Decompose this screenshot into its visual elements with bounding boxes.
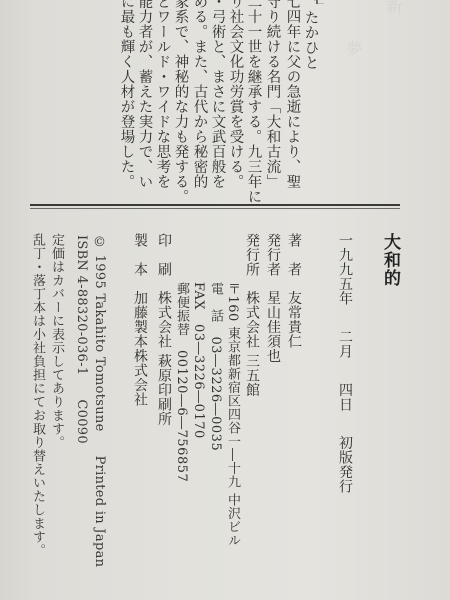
author-name: 友常貴仁 [286, 291, 302, 349]
show-through-text: 夢 [345, 40, 361, 56]
bio-line: 守り続ける名門「大和古流」 [265, 0, 280, 189]
isbn: ISBN 4-88320-036-1 [74, 235, 89, 375]
book-title: 大和的 [381, 233, 398, 287]
bio-line: 二十一世を継承する。九三年に [246, 0, 261, 204]
edition-year: 一九九五年 [337, 233, 353, 306]
author-reading: たかひと [303, 10, 318, 70]
publisher-person-entry: 発行者星山佳須也 [266, 233, 280, 363]
bio-line: 七四年に父の急逝により、聖 [285, 0, 300, 189]
publisher-entry: 発行所株式会社 三五館 [245, 233, 259, 397]
author-name-partial: 仁 [314, 0, 324, 4]
transfer-number: 00120―6―756857 [174, 350, 189, 482]
phone-number: 03―3226―0035 [208, 337, 223, 452]
copyright-line: © 1995 Takahito TomotsunePrinted in Japa… [93, 235, 106, 567]
bio-line: り社会文化功労賞を受ける。 [228, 0, 243, 189]
binder-label: 製 本 [132, 233, 148, 277]
transfer-label: 郵便振替 [174, 282, 189, 336]
publisher-person-name: 星山佳須也 [265, 291, 281, 364]
printer-label: 印 刷 [156, 233, 172, 277]
bio-line: める。また、古代から秘密的 [192, 0, 207, 189]
edition-label: 初版発行 [337, 436, 353, 494]
bio-line: とワールド・ワイドな思考を [155, 0, 170, 189]
edition-month: 二月 [337, 330, 353, 359]
fax-label: FAX [191, 282, 206, 310]
copyright-text: © 1995 Takahito Tomotsune [92, 235, 107, 432]
phone-label: 電 話 [208, 282, 223, 323]
author-entry: 著 者友常貴仁 [287, 233, 301, 349]
show-through-text: 新 [385, 0, 401, 14]
bio-line: ・弓術と、まさに文武百般を [210, 0, 225, 189]
bio-line: 家系で、神秘的な力も発する。 [173, 0, 188, 204]
publisher-address: 〒160 東京都新宿区四谷一―十九 中沢ビル [226, 282, 239, 547]
printer-name: 株式会社 萩原印刷所 [156, 291, 172, 426]
colophon-page: 新 夢 仁 たかひと 七四年に父の急逝により、聖 守り続ける名門「大和古流」 二… [0, 0, 450, 600]
printed-in: Printed in Japan [92, 456, 107, 568]
bio-line: 能力者が、蓄えた実力で、い [137, 0, 152, 189]
divider-thin-line [30, 208, 400, 209]
publisher-name: 株式会社 三五館 [244, 291, 260, 397]
bio-line: に最も輝く人材が登場した。 [119, 0, 134, 189]
edition-date: 一九九五年二月四日初版発行 [338, 233, 352, 494]
publisher-label: 発行所 [244, 233, 260, 277]
publisher-phone: 電 話03―3226―0035 [209, 282, 222, 451]
publisher-person-label: 発行者 [265, 233, 281, 277]
fax-number: 03―3226―0170 [191, 324, 206, 439]
binder-entry: 製 本加藤製本株式会社 [133, 233, 147, 407]
price-note: 定価はカバーに表示してあります。 [50, 233, 63, 449]
replacement-note: 乱丁・落丁本は小社負担にてお取り替えいたします。 [31, 233, 44, 557]
postal-transfer: 郵便振替00120―6―756857 [175, 282, 188, 482]
author-label: 著 者 [286, 233, 302, 277]
divider-thick-line [30, 204, 400, 206]
isbn-line: ISBN 4-88320-036-1C0090 [75, 235, 88, 444]
printer-entry: 印 刷株式会社 萩原印刷所 [157, 233, 171, 426]
binder-name: 加藤製本株式会社 [132, 291, 148, 407]
classification-code: C0090 [74, 399, 89, 444]
publisher-fax: FAX03―3226―0170 [192, 282, 205, 439]
colophon-divider [30, 204, 400, 209]
edition-day: 四日 [337, 383, 353, 412]
